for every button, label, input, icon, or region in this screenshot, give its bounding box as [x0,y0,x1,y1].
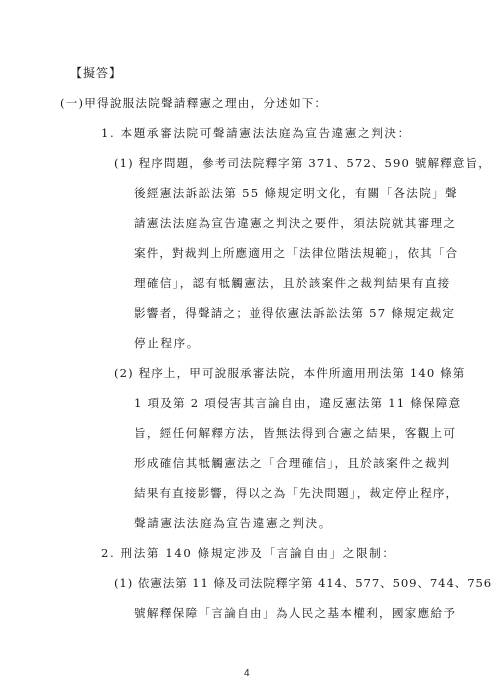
item-1-title: 1. 本題承審法院可聲請憲法法庭為宣告違憲之判決： [101,125,411,141]
paragraph-line: (2) 程序上，甲可說服承審法院，本件所適用刑法第 140 條第 [114,365,465,381]
paragraph-line: 影響者，得聲請之；並得依憲法訴訟法第 57 條規定裁定 [134,305,455,321]
paragraph-line: (1) 依憲法第 11 條及司法院釋字第 414、577、509、744、756 [114,575,492,591]
paragraph-line: 停止程序。 [134,335,200,351]
paragraph-line: 聲請憲法法庭為宣告違憲之判決。 [134,515,332,531]
paragraph-line: 結果有直接影響，得以之為「先決問題」，裁定停止程序， [134,485,458,501]
paragraph-line: 案件，對裁判上所應適用之「法律位階法規範」，依其「合 [134,245,458,261]
paragraph-line: 後經憲法訴訟法第 55 條規定明文化，有關「各法院」聲 [134,185,458,201]
section-1-title: (一)甲得說服法院聲請釋憲之理由，分述如下： [60,95,327,111]
paragraph-line: 理確信」，認有牴觸憲法，且於該案件之裁判結果有直接 [134,275,451,291]
item-2-title: 2. 刑法第 140 條規定涉及「言論自由」之限制： [101,545,396,561]
paragraph-line: (1) 程序問題，參考司法院釋字第 371、572、590 號解釋意旨， [114,155,491,171]
paragraph-line: 號解釋保障「言論自由」為人民之基本權利，國家應給予 [134,605,456,621]
paragraph-line: 旨，經任何解釋方法，皆無法得到合憲之結果，客觀上可 [134,425,456,441]
paragraph-line: 形成確信其牴觸憲法之「合理確信」，且於該案件之裁判 [134,455,451,471]
paragraph-line: 1 項及第 2 項侵害其言論自由，違反憲法第 11 條保障意 [134,395,461,411]
answer-heading: 【擬答】 [70,65,122,81]
paragraph-line: 請憲法法庭為宣告違憲之判決之要件，須法院就其審理之 [134,215,456,231]
page-number: 4 [244,668,250,679]
